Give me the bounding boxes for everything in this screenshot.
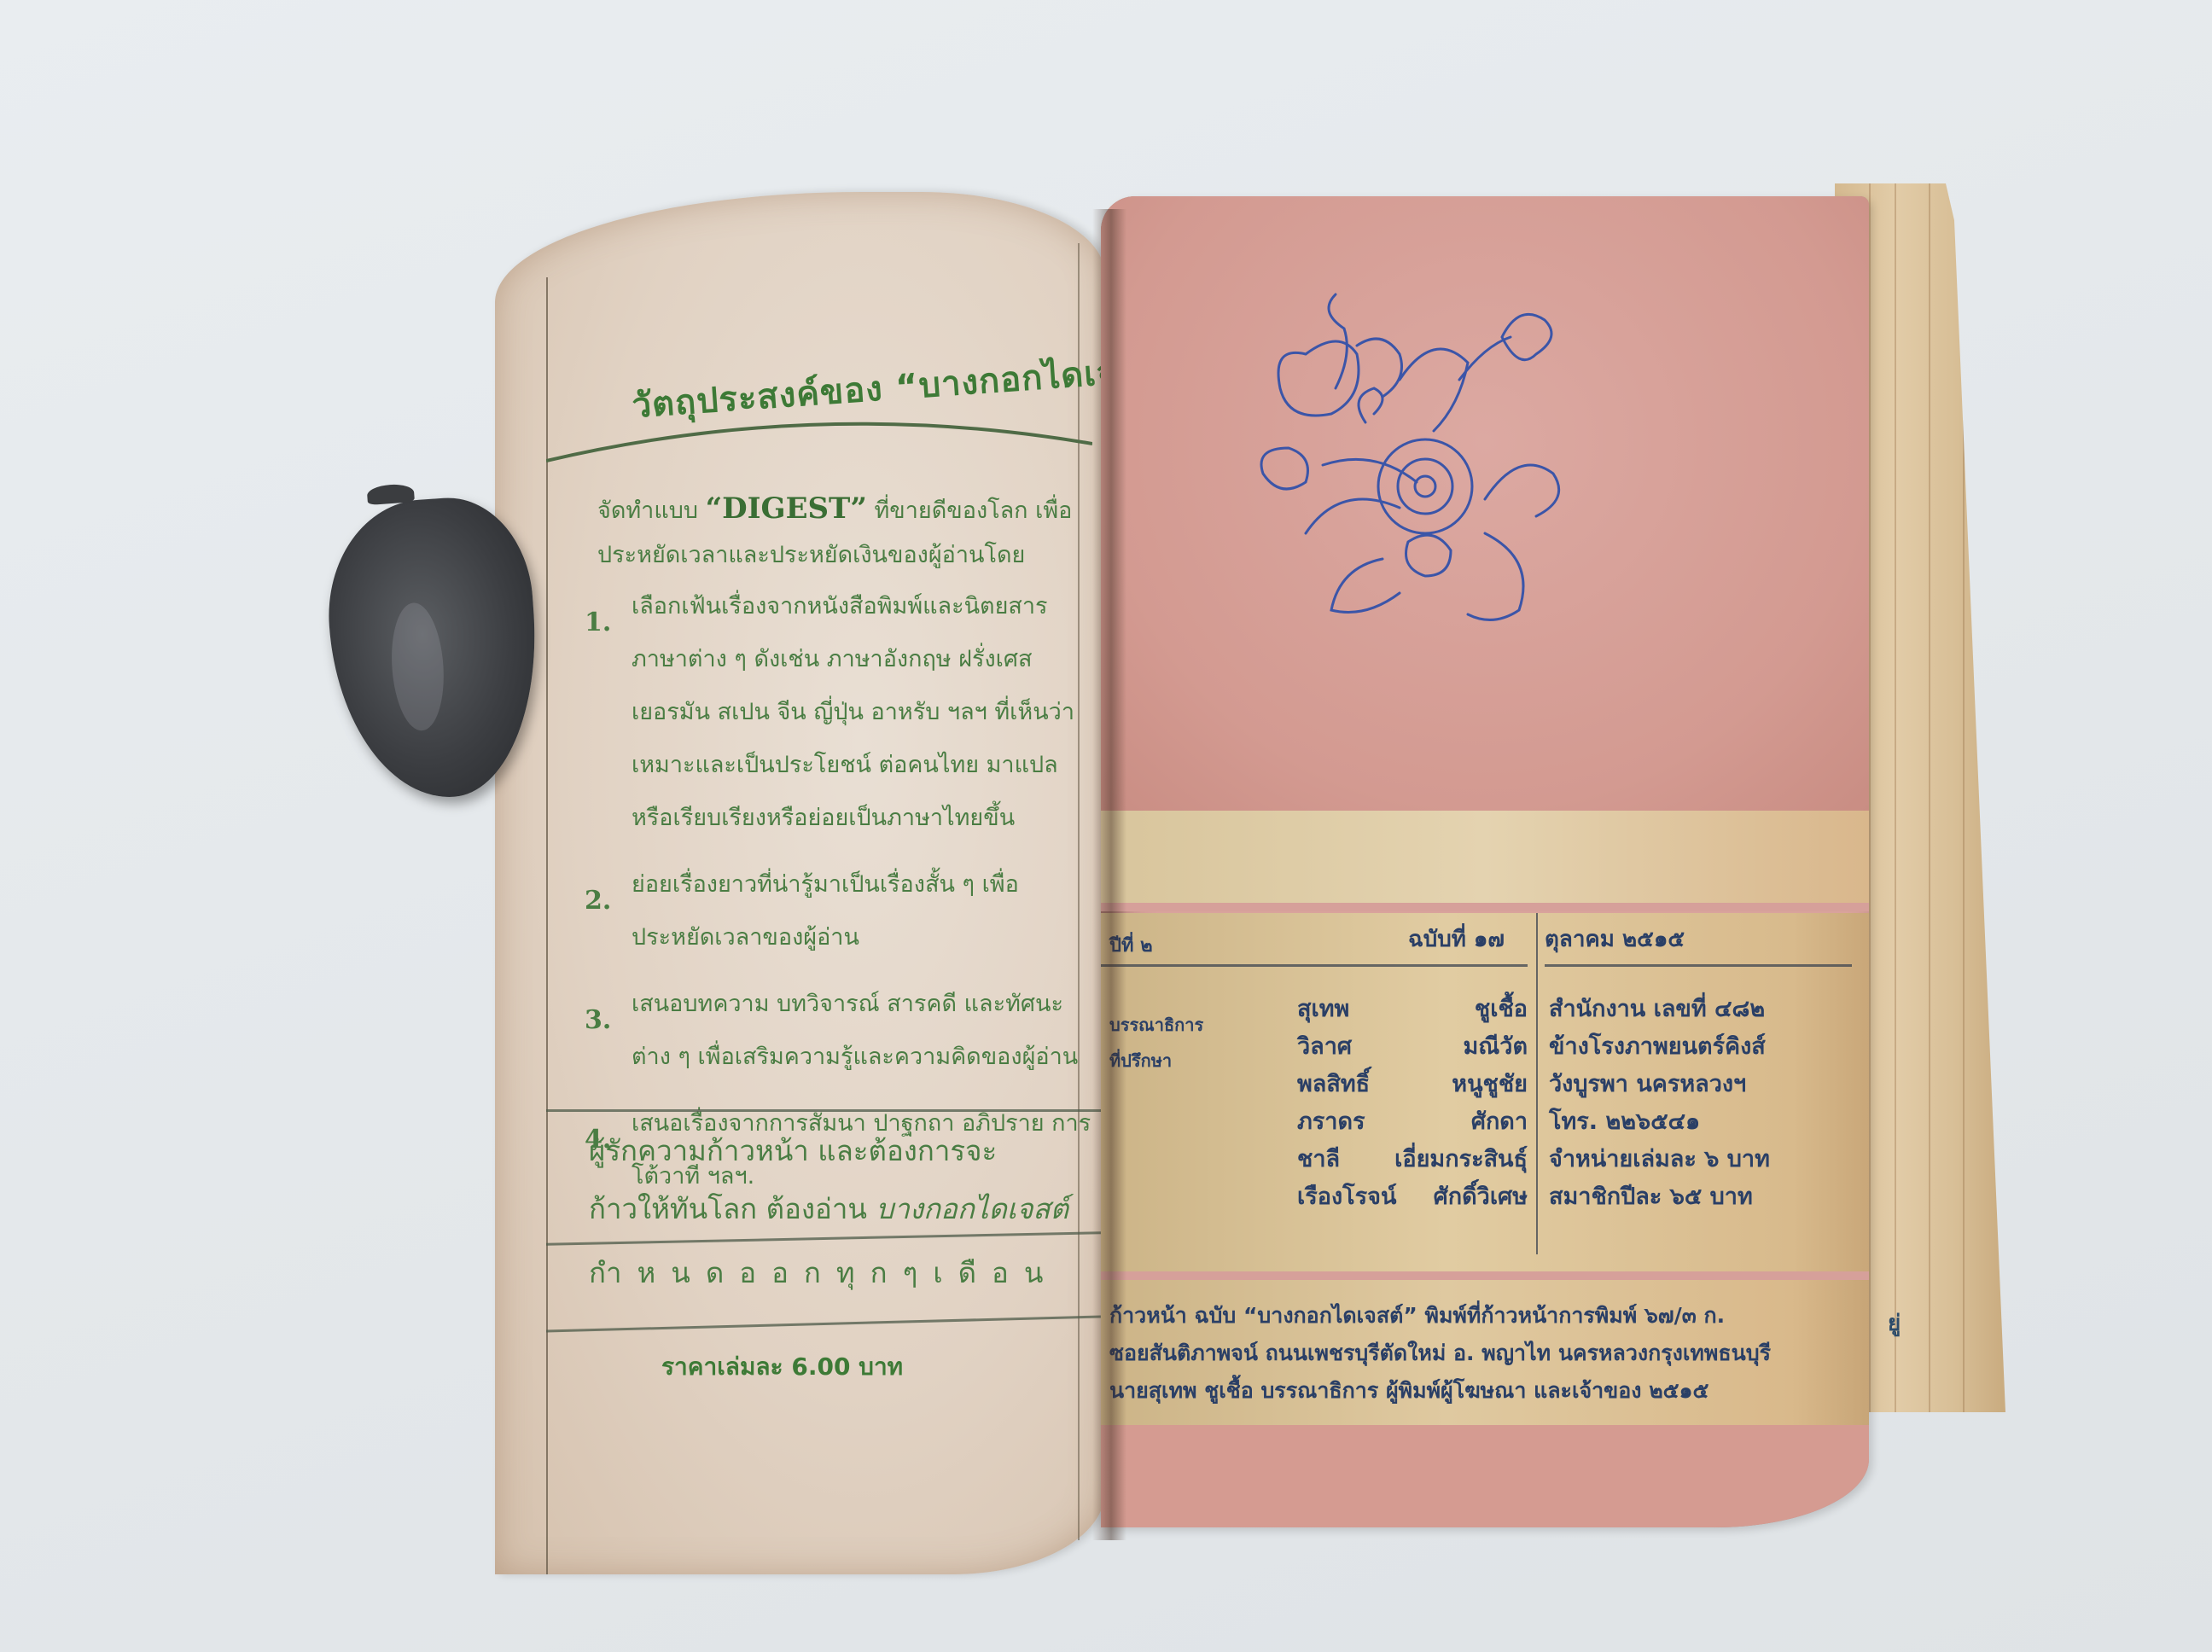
list-item: 3. เสนอบทความ บทวิจารณ์ สารคดี และทัศนะต… — [585, 978, 1097, 1084]
price-label: ราคาเล่มละ 6.00 บาท — [661, 1348, 903, 1386]
right-page[interactable]: ปีที่ ๒ ฉบับที่ ๑๗ ตุลาคม ๒๕๑๕ บรรณาธิกา… — [1101, 196, 1869, 1527]
page-edge-glyph: ยู่ — [1888, 1306, 1901, 1341]
office-info: สำนักงาน เลขที่ ๔๘๒ ข้างโรงภาพยนตร์คิงส์… — [1549, 990, 1839, 1215]
issue-row: ปีที่ ๒ ฉบับที่ ๑๗ ตุลาคม ๒๕๑๕ — [1101, 913, 1869, 960]
slogan: ผู้รักความก้าวหน้า และต้องการจะ ก้าวให้ท… — [589, 1122, 1084, 1238]
beige-band — [1101, 811, 1869, 905]
page-rule-left — [546, 277, 548, 1574]
staff-row: สุเทพชูเชื้อ — [1297, 990, 1528, 1027]
divider — [546, 1315, 1101, 1332]
staff-row: วิลาศมณีวัต — [1297, 1027, 1528, 1065]
staff-row: พลสิทธิ์หนูชูชัย — [1297, 1065, 1528, 1102]
divider — [546, 1109, 1101, 1112]
issue-date: ตุลาคม ๒๕๑๕ — [1545, 922, 1685, 957]
pink-rule — [1101, 1271, 1869, 1280]
masthead-rule — [1101, 964, 1528, 967]
pink-rule — [1101, 903, 1869, 911]
list-item: 2. ย่อยเรื่องยาวที่น่ารู้มาเป็นเรื่องสั้… — [585, 858, 1097, 964]
masthead-rule — [1545, 964, 1852, 967]
staff-row: เรืองโรจน์ศักดิ์วิเศษ — [1297, 1178, 1528, 1215]
list-item: 1. เลือกเฟ้นเรื่องจากหนังสือพิมพ์และนิตย… — [585, 580, 1097, 845]
publication-schedule: กำหนดออกทุกๆเดือน — [589, 1250, 1084, 1295]
book-spine-shadow — [1092, 209, 1126, 1540]
staff-row: ชาลีเอี่ยมกระสินธุ์ — [1297, 1140, 1528, 1178]
issue-number: ฉบับที่ ๑๗ — [1408, 922, 1505, 957]
colophon: ก้าวหน้า ฉบับ “บางกอกไดเจสต์” พิมพ์ที่ก้… — [1109, 1297, 1843, 1410]
staff-row: ภราดรศักดา — [1297, 1102, 1528, 1140]
intro-paragraph: จัดทำแบบ “DIGEST” ที่ขายดีของโลก เพื่อ ป… — [597, 486, 1075, 578]
masthead-column-rule — [1536, 913, 1538, 1254]
bookmark-tab — [367, 483, 415, 505]
left-page[interactable]: วัตถุประสงค์ของ “บางกอกไดเจสต์” จัดทำแบบ… — [495, 192, 1105, 1574]
bookmark-highlight — [387, 601, 447, 732]
staff-list: สุเทพชูเชื้อ วิลาศมณีวัต พลสิทธิ์หนูชูชั… — [1297, 990, 1528, 1215]
digest-word: “DIGEST” — [706, 492, 867, 526]
floral-ornament-icon — [1229, 277, 1587, 636]
title-underline-curve — [546, 397, 1092, 465]
pink-band-bottom — [1101, 1425, 1869, 1527]
